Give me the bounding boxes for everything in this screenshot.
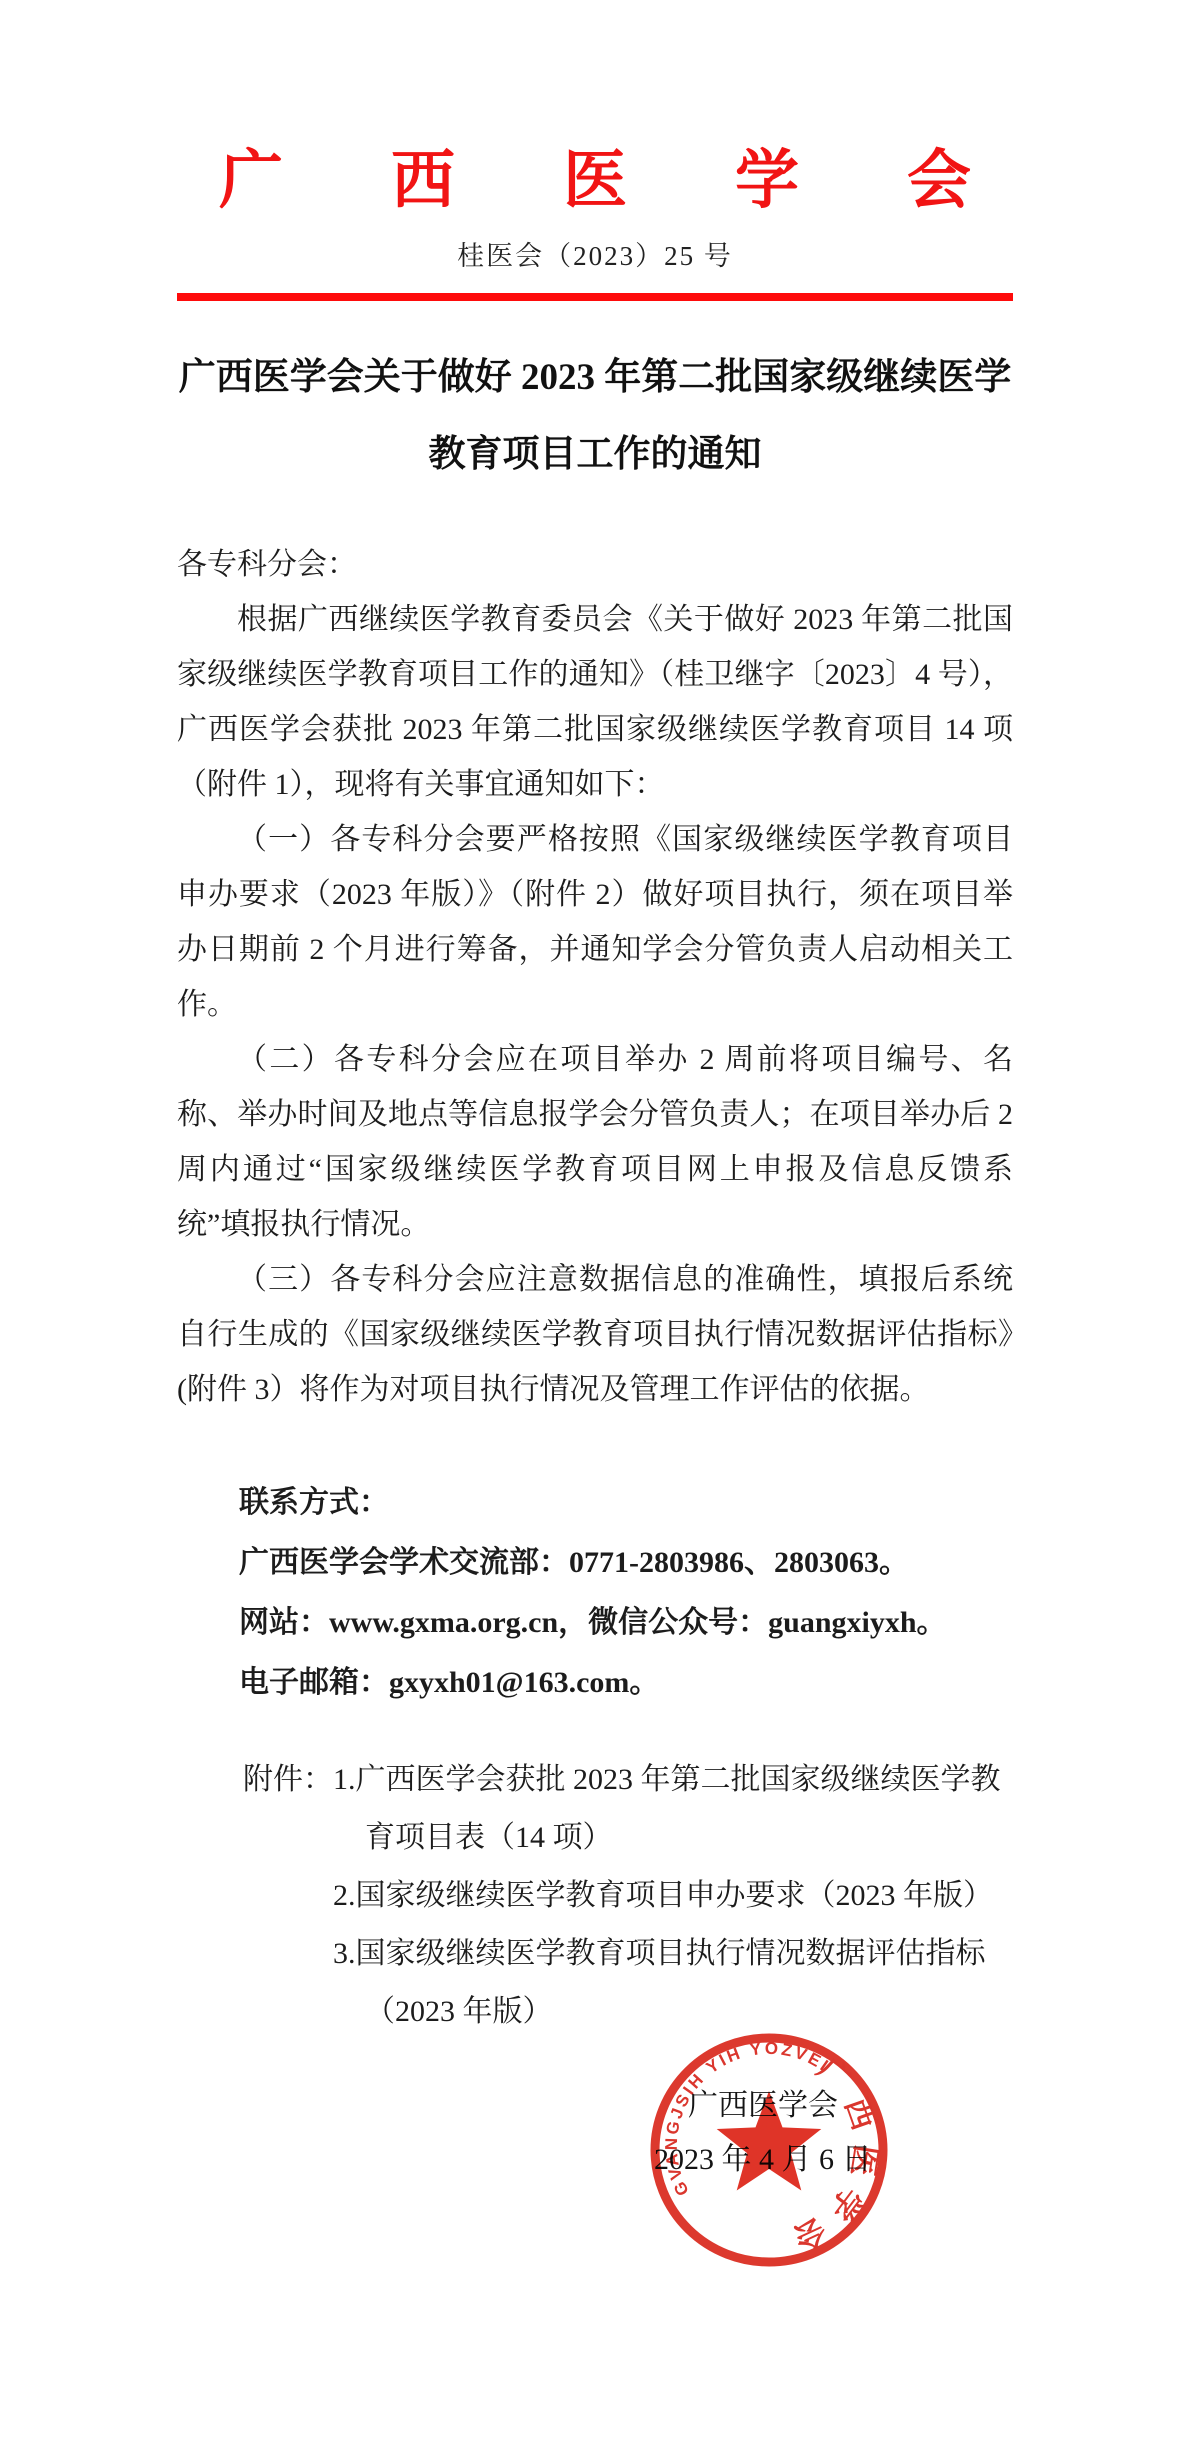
contact-heading: 联系方式： xyxy=(177,1473,1013,1533)
contact-website: 网站：www.gxma.org.cn，微信公众号：guangxiyxh。 xyxy=(177,1593,1013,1653)
red-divider-rule xyxy=(177,293,1013,301)
org-name-char: 学 xyxy=(735,146,799,216)
attachment-item-2: 2.国家级继续医学教育项目申办要求（2023 年版） xyxy=(333,1867,1013,1925)
salutation: 各专科分会： xyxy=(177,537,1013,592)
letterhead: 广 西 医 学 会 桂医会（2023）25 号 xyxy=(0,146,1190,301)
doc-number: 桂医会（2023）25 号 xyxy=(177,238,1013,274)
notice-body: 各专科分会： 根据广西继续医学教育委员会《关于做好 2023 年第二批国家级继续… xyxy=(177,537,1013,2041)
official-seal: GVANGJSIH YIH YOZVEI 广西医学会 xyxy=(645,2026,893,2274)
paragraph-3: （二）各专科分会应在项目举办 2 周前将项目编号、名称、举办时间及地点等信息报学… xyxy=(177,1032,1013,1252)
attachments-list: 1.广西医学会获批 2023 年第二批国家级继续医学教 育项目表（14 项） 2… xyxy=(333,1751,1013,2041)
notice-title: 广西医学会关于做好 2023 年第二批国家级继续医学 教育项目工作的通知 xyxy=(177,339,1013,493)
paragraph-1: 根据广西继续医学教育委员会《关于做好 2023 年第二批国家级继续医学教育项目工… xyxy=(177,592,1013,812)
attachment-item-1: 1.广西医学会获批 2023 年第二批国家级继续医学教 育项目表（14 项） xyxy=(333,1751,1013,1867)
attachment-item-3-line1: 3.国家级继续医学教育项目执行情况数据评估指标 xyxy=(333,1925,1013,1983)
attachment-item-1-line1: 1.广西医学会获批 2023 年第二批国家级继续医学教 xyxy=(333,1751,1013,1809)
contact-email: 电子邮箱：gxyxh01@163.com。 xyxy=(177,1653,1013,1713)
document-page: 广 西 医 学 会 桂医会（2023）25 号 广西医学会关于做好 2023 年… xyxy=(0,0,1190,2454)
attachment-item-1-line2: 育项目表（14 项） xyxy=(333,1809,1013,1867)
attachments-section: 附件： 1.广西医学会获批 2023 年第二批国家级继续医学教 育项目表（14 … xyxy=(177,1751,1013,2041)
org-name-char: 会 xyxy=(907,146,971,216)
org-name-char: 医 xyxy=(563,146,627,216)
contact-section: 联系方式： 广西医学会学术交流部：0771-2803986、2803063。 网… xyxy=(177,1473,1013,1713)
org-name-char: 广 xyxy=(219,146,283,216)
attachment-item-2-line1: 2.国家级继续医学教育项目申办要求（2023 年版） xyxy=(333,1867,1013,1925)
attachments-label: 附件： xyxy=(243,1751,333,1809)
seal-chinese-ring-text: 广西医学会 xyxy=(788,2051,884,2256)
attachment-item-3: 3.国家级继续医学教育项目执行情况数据评估指标 （2023 年版） xyxy=(333,1925,1013,2041)
notice-title-line1: 广西医学会关于做好 2023 年第二批国家级继续医学 xyxy=(177,339,1013,416)
seal-star-icon xyxy=(717,2091,822,2191)
org-name-char: 西 xyxy=(391,146,455,216)
contact-phone: 广西医学会学术交流部：0771-2803986、2803063。 xyxy=(177,1533,1013,1593)
paragraph-4: （三）各专科分会应注意数据信息的准确性，填报后系统自行生成的《国家级继续医学教育… xyxy=(177,1252,1013,1417)
paragraph-2: （一）各专科分会要严格按照《国家级继续医学教育项目申办要求（2023 年版）》（… xyxy=(177,812,1013,1032)
org-name: 广 西 医 学 会 xyxy=(219,146,971,216)
notice-title-line2: 教育项目工作的通知 xyxy=(177,416,1013,493)
